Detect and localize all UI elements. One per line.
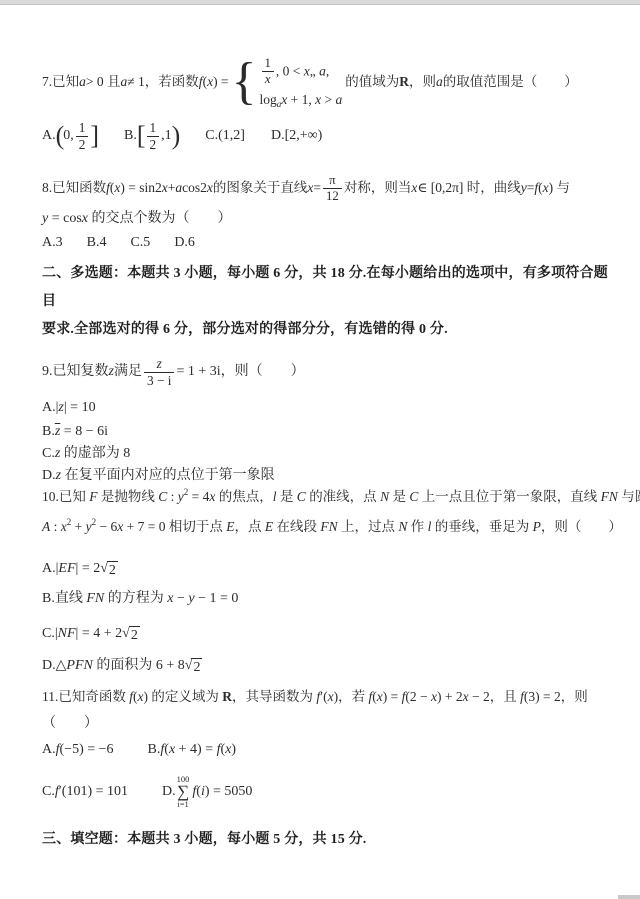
text-run: 8.已知函数 xyxy=(42,177,106,199)
text-run: (2 − xyxy=(405,689,431,704)
text-run: log xyxy=(260,92,277,107)
text-run: （ ） xyxy=(42,716,98,731)
math-sqrt: √2 xyxy=(122,626,140,645)
text-run: B.直线 xyxy=(42,591,86,606)
text-run: ′(101) = 101 xyxy=(59,781,128,803)
piecewise-row: 1x, 0 < x„ a, xyxy=(260,56,343,87)
text-run: ，则（ ） xyxy=(541,519,622,534)
q11-stem-line2: （ ） xyxy=(42,713,608,735)
math-sqrt: √2 xyxy=(100,561,118,580)
math-variable: E xyxy=(265,519,273,534)
text-run: = xyxy=(313,177,321,199)
text-run: − 6 xyxy=(96,519,117,534)
text-run: | = 10 xyxy=(64,400,96,415)
text-run: C. xyxy=(42,781,55,803)
text-run: 的准线，点 xyxy=(306,489,380,504)
q8-stem-line2: y = cosx 的交点个数为（ ） xyxy=(42,208,608,230)
text-run: + xyxy=(168,177,176,199)
text-run: 上，过点 xyxy=(338,519,399,534)
text-run: 满足 xyxy=(114,361,142,383)
denominator: 3 − i xyxy=(144,373,175,388)
text-run: + 7 = 0 相切于点 xyxy=(123,519,226,534)
math-variable: C xyxy=(409,489,418,504)
question-10: 10.已知 F 是抛物线 C : y2 = 4x 的焦点，l 是 C 的准线，点… xyxy=(42,486,608,679)
numerator: π xyxy=(323,173,342,189)
text-run: D. xyxy=(42,468,56,483)
text-run: 对称，则当 xyxy=(344,177,412,199)
text-run: C.| xyxy=(42,626,58,641)
text-run: ，则 xyxy=(409,71,436,93)
text-run: ) 的定义域为 xyxy=(144,689,223,704)
radicand: 2 xyxy=(191,658,202,677)
q9-option-b: B.z = 8 − 6i xyxy=(42,421,608,442)
text-run: A. xyxy=(42,125,56,147)
piecewise-brace-icon: { xyxy=(232,59,257,106)
text-run: ,1 xyxy=(161,125,172,147)
math-variable: C xyxy=(297,489,306,504)
q7-stem: 7.已知a > 0 且 a ≠ 1，若函数 f(x) = {1x, 0 < x„… xyxy=(42,50,608,114)
text-run: ) + 2 xyxy=(437,689,463,704)
math-variable: a xyxy=(121,71,128,93)
q9-option-a: A.|z| = 10 xyxy=(42,396,608,420)
text-run: „ xyxy=(310,64,319,79)
text-run: ∈ [0,2π] 时，曲线 xyxy=(417,177,520,199)
math-fraction: π12 xyxy=(323,173,342,204)
text-run: 是抛物线 xyxy=(98,489,159,504)
text-run: + 4) = xyxy=(175,742,216,757)
denominator: 12 xyxy=(323,189,342,204)
text-run: 2 xyxy=(150,137,157,152)
math-variable: PFN xyxy=(66,658,92,673)
text-run: (−5) = −6 xyxy=(60,742,114,757)
q10-stem-line2: A : x2 + y2 − 6x + 7 = 0 相切于点 E，点 E 在线段 … xyxy=(42,514,608,540)
q10-option-a: A.|EF| = 2√2 xyxy=(42,556,608,582)
math-variable: F xyxy=(89,489,97,504)
text-run: D.[2,+∞) xyxy=(271,125,322,147)
math-sqrt: √2 xyxy=(185,658,203,677)
text-run: B.4 xyxy=(87,235,107,250)
question-8: 8.已知函数 f(x) = sin2x + acos2x 的图象关于直线 x =… xyxy=(42,170,608,254)
exam-document: 7.已知a > 0 且 a ≠ 1，若函数 f(x) = {1x, 0 < x„… xyxy=(42,50,608,851)
piecewise-row: logax + 1, x > a xyxy=(260,92,343,108)
numerator: 1 xyxy=(76,120,89,136)
question-7: 7.已知a > 0 且 a ≠ 1，若函数 f(x) = {1x, 0 < x„… xyxy=(42,50,608,158)
text-run: > 0 且 xyxy=(86,71,121,93)
text-run: B. xyxy=(148,742,161,757)
text-run: 的垂线，垂足为 xyxy=(431,519,532,534)
text-run: ，其导函数为 xyxy=(232,689,316,704)
q9-option-d: D.z 在复平面内对应的点位于第一象限 xyxy=(42,465,608,486)
math-variable: NF xyxy=(58,626,76,641)
q7-options: A.(0,12]B.[12,1)C.(1,2]D.[2,+∞) xyxy=(42,114,608,158)
text-run: ) = xyxy=(213,71,228,93)
text-run: 的面积为 6 + 8 xyxy=(93,658,185,673)
text-run: C.5 xyxy=(130,235,150,250)
q9-stem: 9.已知复数 z 满足 z3 − i = 1 + 3i，则（ ） xyxy=(42,354,608,390)
text-run: ′( xyxy=(320,689,327,704)
text-run: − 2，且 xyxy=(469,689,521,704)
text-run: 与圆 xyxy=(618,489,640,504)
math-variable: P xyxy=(533,519,541,534)
math-variable: A xyxy=(42,519,50,534)
question-9: 9.已知复数 z 满足 z3 − i = 1 + 3i，则（ ） A.|z| =… xyxy=(42,354,608,486)
text-run: 在线段 xyxy=(273,519,320,534)
q11-options-cd: C.f′(101) = 101D.100∑i=1f(i) = 5050 xyxy=(42,773,608,811)
text-run: ) xyxy=(231,742,236,757)
text-run: ) = 5050 xyxy=(205,781,253,803)
text-run: 9.已知复数 xyxy=(42,361,109,383)
math-variable: FN xyxy=(86,591,104,606)
text-run: 2 xyxy=(131,628,138,643)
text-run: 的图象关于直线 xyxy=(213,177,308,199)
text-run: 在复平面内对应的点位于第一象限 xyxy=(61,468,275,483)
text-run: D. xyxy=(162,781,176,803)
text-run: A. xyxy=(42,742,56,757)
math-fraction: z3 − i xyxy=(144,356,175,388)
text-run: + 1, xyxy=(287,92,315,107)
radicand: 2 xyxy=(107,561,118,580)
text-run: = 1 + 3i，则（ ） xyxy=(176,361,304,383)
text-run: = cos xyxy=(48,211,82,226)
text-run: 11.已知奇函数 xyxy=(42,689,129,704)
numerator: 1 xyxy=(262,56,274,72)
text-run: 1 xyxy=(265,56,271,70)
text-run: C. xyxy=(42,446,55,461)
numerator: 1 xyxy=(147,120,160,136)
text-run: A.3 xyxy=(42,235,63,250)
math-variable: a xyxy=(319,64,326,79)
text-run: (3) = 2，则 xyxy=(524,689,588,704)
text-run: 上一点且位于第一象限，直线 xyxy=(418,489,600,504)
text-run: B. xyxy=(124,125,137,147)
text-run: ) 与 xyxy=(549,177,570,199)
section-2-header: 二、多选题：本题共 3 小题，每小题 6 分，共 18 分.在每小题给出的选项中… xyxy=(42,260,608,344)
math-variable: E xyxy=(226,519,234,534)
bold-symbol: R xyxy=(399,71,409,93)
text-run: π xyxy=(329,173,335,187)
text-run: D.△ xyxy=(42,658,66,673)
text-run: = 4 xyxy=(188,489,209,504)
text-run: , xyxy=(326,64,329,79)
bold-symbol: R xyxy=(222,689,232,704)
text-run: : xyxy=(167,489,178,504)
section-3-header: 三、填空题：本题共 3 小题，每小题 5 分，共 15 分. xyxy=(42,829,608,851)
text-run: + xyxy=(71,519,85,534)
denominator: 2 xyxy=(76,137,89,152)
text-run: 2 xyxy=(193,660,200,675)
section-2-line1: 二、多选题：本题共 3 小题，每小题 6 分，共 18 分.在每小题给出的选项中… xyxy=(42,260,608,316)
math-variable: x xyxy=(265,72,271,86)
sum-lower-limit: i=1 xyxy=(177,800,188,809)
math-variable: FN xyxy=(601,489,618,504)
text-run: C.(1,2] xyxy=(205,125,245,147)
math-variable: z xyxy=(157,356,162,371)
math-variable: a xyxy=(175,177,182,199)
text-run: )，若 xyxy=(334,689,369,704)
scrollbar-corner xyxy=(618,895,640,899)
text-run: 的值域为 xyxy=(345,71,399,93)
text-run: A.| xyxy=(42,400,58,415)
q10-option-c: C.|NF| = 4 + 2√2 xyxy=(42,621,608,647)
math-variable: FN xyxy=(320,519,337,534)
math-variable: a xyxy=(79,71,86,93)
q8-stem-line1: 8.已知函数 f(x) = sin2x + acos2x 的图象关于直线 x =… xyxy=(42,170,608,206)
text-run: 1 xyxy=(150,120,157,135)
question-11: 11.已知奇函数 f(x) 的定义域为 R，其导函数为 f′(x)，若 f(x)… xyxy=(42,686,608,811)
math-fraction: 12 xyxy=(147,120,160,152)
math-variable: C xyxy=(158,489,167,504)
text-run: > xyxy=(321,92,335,107)
text-run: 的交点个数为（ ） xyxy=(88,211,232,226)
q8-options: A.3B.4C.5D.6 xyxy=(42,232,608,254)
q10-stem-line1: 10.已知 F 是抛物线 C : y2 = 4x 的焦点，l 是 C 的准线，点… xyxy=(42,486,608,508)
radicand: 2 xyxy=(129,626,140,645)
text-run: 的焦点， xyxy=(215,489,272,504)
text-run: 0, xyxy=(63,125,74,147)
text-run: A.| xyxy=(42,561,58,576)
text-run: 3 − i xyxy=(147,373,172,388)
math-variable: a xyxy=(436,71,443,93)
text-run: 12 xyxy=(326,189,339,203)
math-variable: N xyxy=(380,489,389,504)
text-run: = xyxy=(527,177,535,199)
text-run: 是 xyxy=(277,489,297,504)
q10-option-b: B.直线 FN 的方程为 x − y − 1 = 0 xyxy=(42,588,608,610)
math-variable: a xyxy=(336,92,343,107)
text-run: cos2 xyxy=(182,177,207,199)
q9-option-c: C.z 的虚部为 8 xyxy=(42,443,608,464)
text-run: ，点 xyxy=(235,519,265,534)
text-run: B. xyxy=(42,424,55,439)
text-run: − 1 = 0 xyxy=(195,591,239,606)
text-run: 10.已知 xyxy=(42,489,89,504)
text-run: = 8 − 6i xyxy=(60,424,108,439)
page-top-edge xyxy=(0,0,640,5)
text-run: 2 xyxy=(109,563,116,578)
text-run: 的方程为 xyxy=(104,591,167,606)
text-run: ) = sin2 xyxy=(120,177,161,199)
math-summation: 100∑i=1 xyxy=(177,775,190,808)
math-fraction: 12 xyxy=(76,120,89,152)
q11-stem-line1: 11.已知奇函数 f(x) 的定义域为 R，其导函数为 f′(x)，若 f(x)… xyxy=(42,686,608,708)
piecewise-rows: 1x, 0 < x„ a,logax + 1, x > a xyxy=(260,56,343,108)
text-run: 是 xyxy=(389,489,409,504)
section-3-line1: 三、填空题：本题共 3 小题，每小题 5 分，共 15 分. xyxy=(42,829,608,851)
text-run: : xyxy=(50,519,61,534)
text-run: − xyxy=(173,591,188,606)
section-2-line2: 要求.全部选对的得 6 分，部分选对的得部分分，有选错的得 0 分. xyxy=(42,316,608,344)
text-run: 7.已知 xyxy=(42,71,79,93)
exam-page: { "page": { "background": "#ffffff", "to… xyxy=(0,0,640,899)
text-run: 的取值范围是（ ） xyxy=(443,71,578,93)
text-run: 作 xyxy=(407,519,427,534)
text-run: ≠ 1，若函数 xyxy=(127,71,199,93)
text-run: ) = xyxy=(383,689,402,704)
text-run: 1 xyxy=(79,120,86,135)
text-run: , 0 < xyxy=(276,64,304,79)
text-run: | = 4 + 2 xyxy=(76,626,123,641)
q11-options-ab: A.f(−5) = −6B.f(x + 4) = f(x) xyxy=(42,739,608,761)
text-run: D.6 xyxy=(174,235,195,250)
sigma-icon: ∑ xyxy=(177,784,189,800)
math-piecewise: {1x, 0 < x„ a,logax + 1, x > a xyxy=(232,56,343,108)
numerator: z xyxy=(144,356,175,372)
denominator: x xyxy=(262,72,274,87)
text-run: | = 2 xyxy=(76,561,101,576)
math-variable: EF xyxy=(58,561,75,576)
math-fraction: 1x xyxy=(262,56,274,87)
text-run: 的虚部为 8 xyxy=(60,446,130,461)
denominator: 2 xyxy=(147,137,160,152)
text-run: 2 xyxy=(79,137,86,152)
q10-option-d: D.△PFN 的面积为 6 + 8√2 xyxy=(42,653,608,679)
